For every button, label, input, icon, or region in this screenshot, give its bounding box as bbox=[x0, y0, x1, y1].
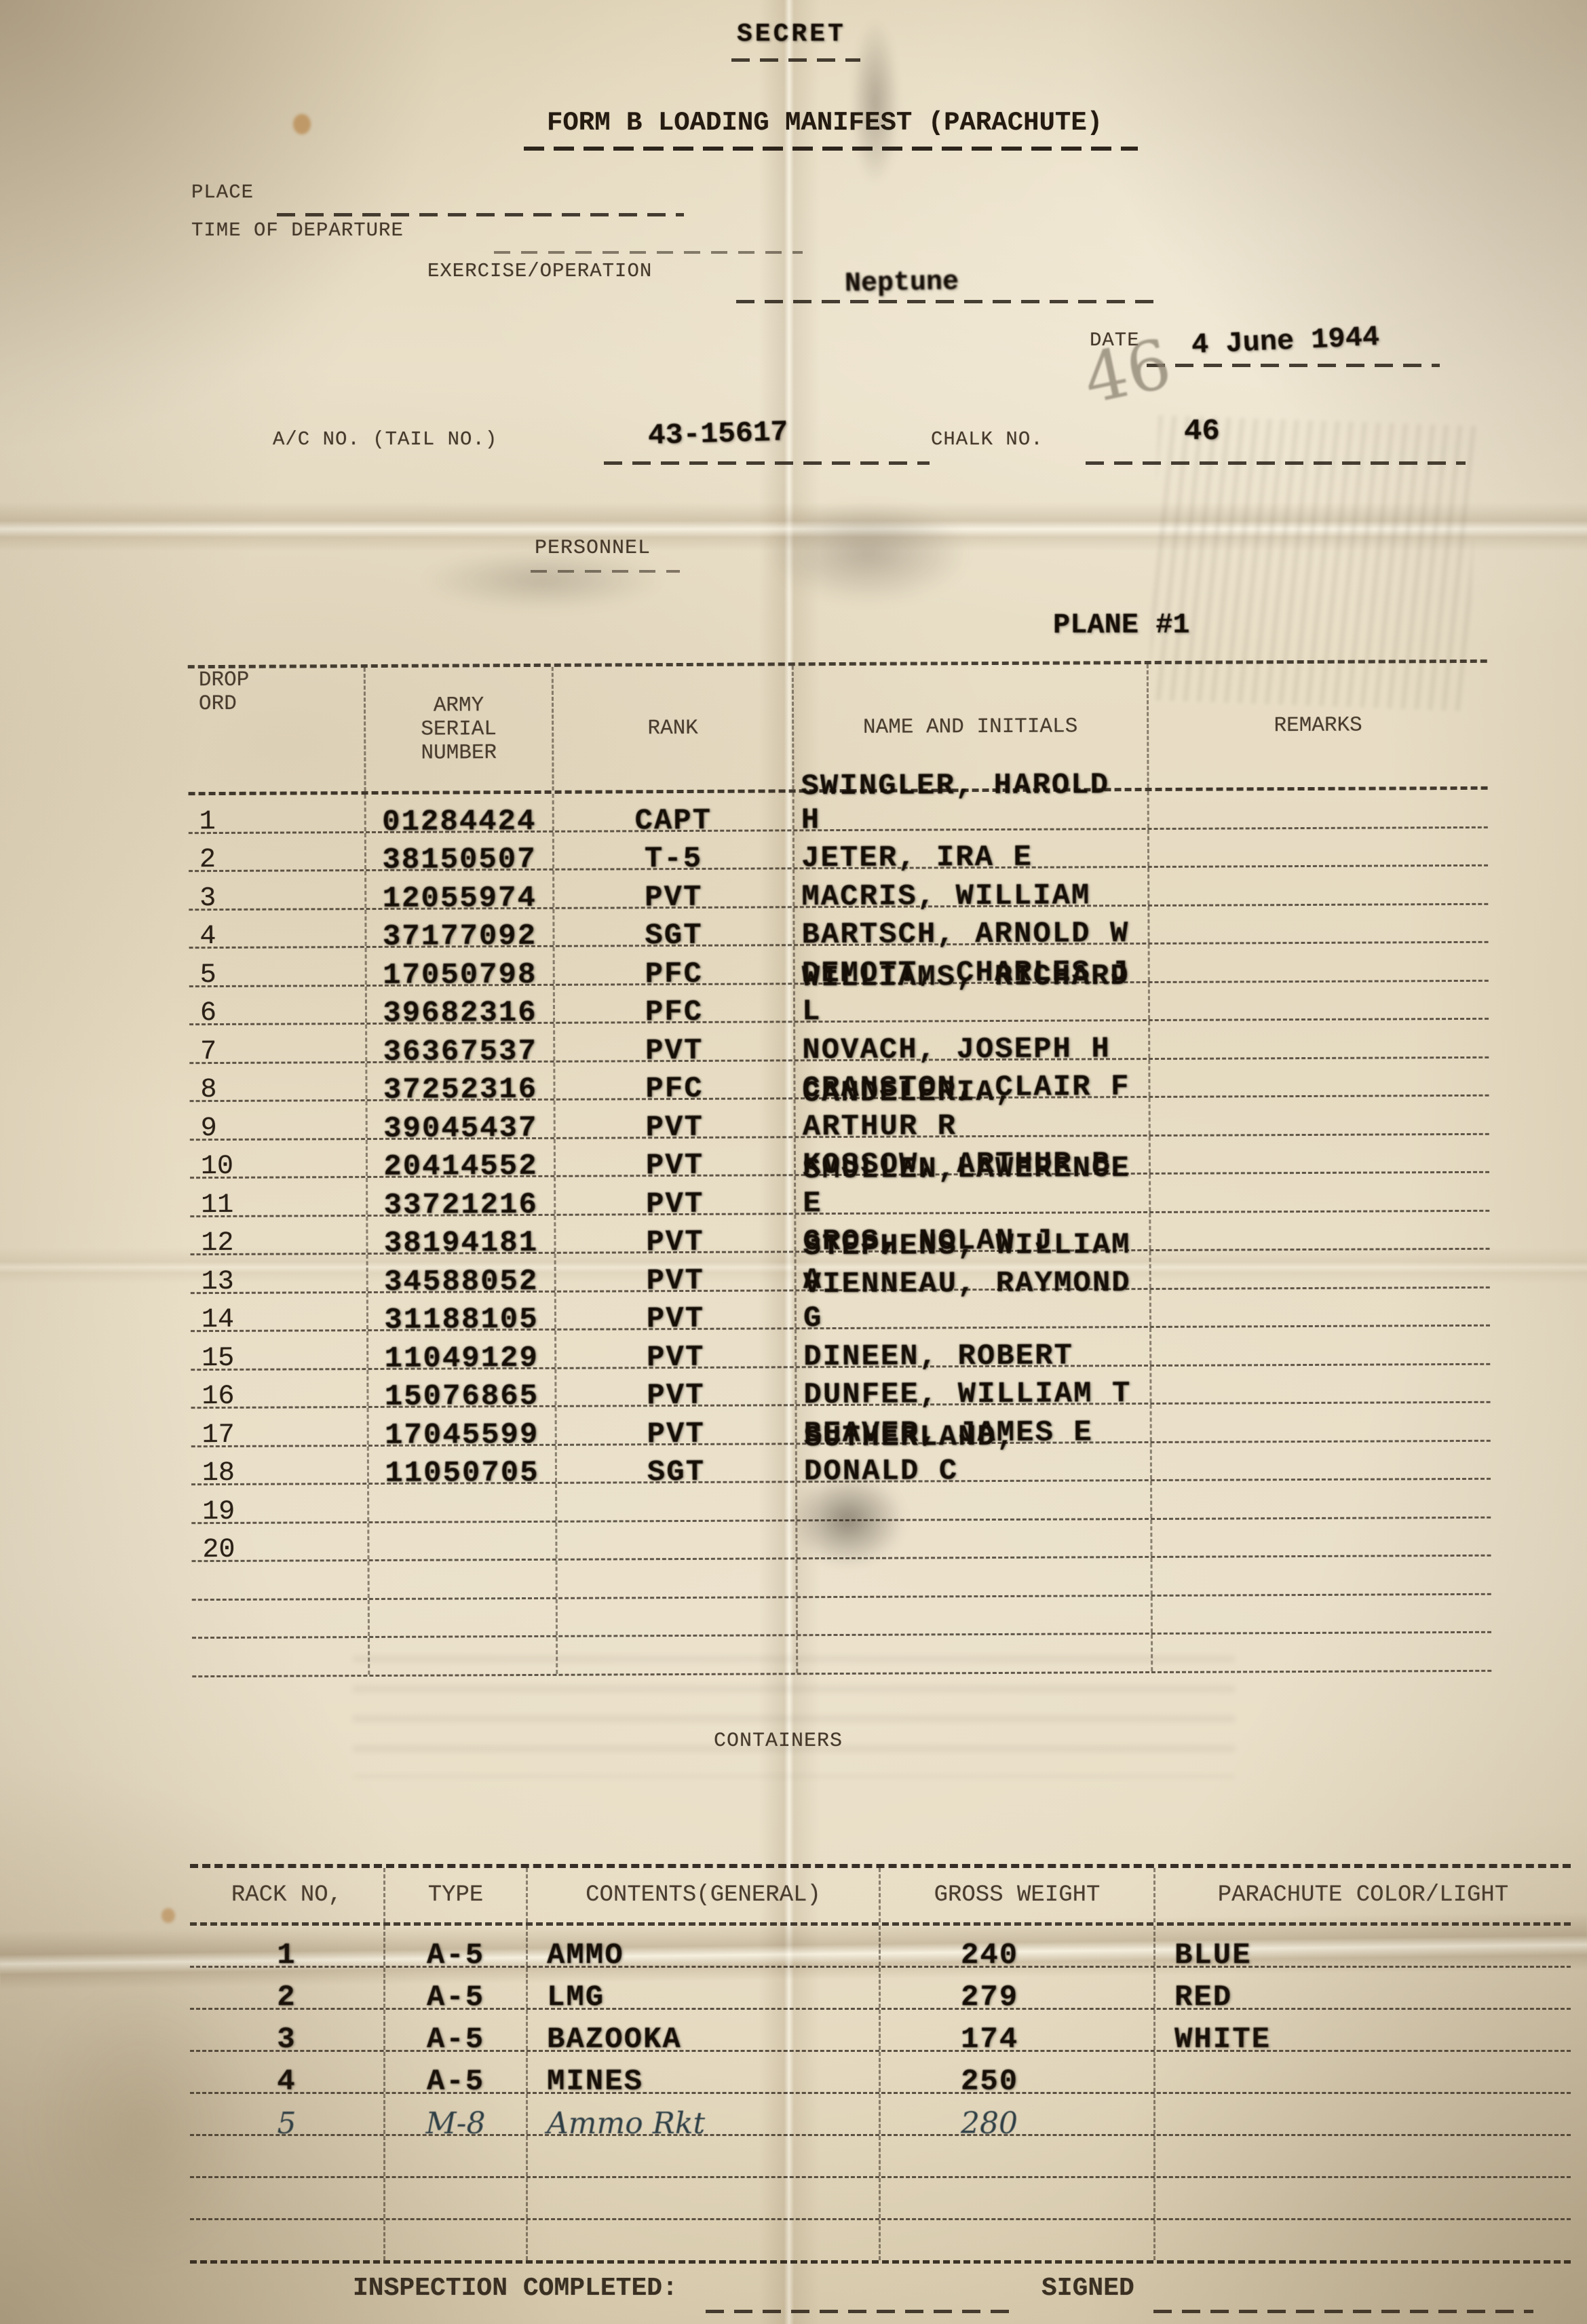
personnel-table-row: 4 37177092 SGT BARTSCH, ARNOLD W bbox=[189, 904, 1488, 949]
gross-weight-cell bbox=[879, 2220, 1153, 2260]
rack-number-cell bbox=[190, 2178, 383, 2218]
drop-order-cell: 6 bbox=[189, 987, 365, 1024]
drop-order-cell: 8 bbox=[189, 1063, 365, 1101]
remarks-cell bbox=[1147, 866, 1488, 904]
smudge-stain bbox=[852, 20, 899, 183]
personnel-table-row: 11 33721216 PVT SMULLEN,LAWERENCE E bbox=[190, 1173, 1489, 1217]
container-type-cell bbox=[383, 2178, 526, 2218]
serial-number-cell bbox=[367, 1484, 555, 1521]
header-text: NAME AND INITIALS bbox=[863, 715, 1077, 739]
serial-number-cell: 17050798 bbox=[365, 947, 553, 985]
header-text: ORD bbox=[199, 691, 364, 716]
place-label: PLACE bbox=[191, 182, 254, 204]
name-cell: CANDELERIA, ARTHUR R bbox=[794, 1098, 1149, 1136]
personnel-table-row: 14 31188105 PVT VIENNEAU, RAYMOND G bbox=[191, 1288, 1490, 1332]
remarks-cell bbox=[1147, 904, 1488, 942]
name-cell bbox=[795, 1481, 1150, 1519]
containers-table-row: 3 A-5 BAZOOKA 174 WHITE bbox=[190, 2010, 1571, 2052]
personnel-table-row: 2 38150507 T-5 JETER, IRA E bbox=[189, 828, 1488, 872]
containers-header-chute: PARACHUTE COLOR/LIGHT bbox=[1153, 1868, 1571, 1922]
header-text: TYPE bbox=[428, 1882, 484, 1908]
parachute-color-cell bbox=[1153, 2094, 1571, 2134]
personnel-table-row: 6 39682316 PFC WILLIAMS, RICHARD L bbox=[189, 981, 1489, 1025]
containers-header-weight: GROSS WEIGHT bbox=[879, 1868, 1153, 1922]
aircraft-number-label: A/C NO. (TAIL NO.) bbox=[273, 429, 497, 451]
gross-weight-cell: 240 bbox=[879, 1926, 1153, 1966]
drop-order-cell: 3 bbox=[189, 871, 364, 909]
personnel-rows: 1 01284424 CAPT SWINGLER, HAROLD H 2 381… bbox=[189, 790, 1492, 1677]
drop-order-cell: 12 bbox=[190, 1217, 366, 1254]
rank-cell: PFC bbox=[553, 985, 793, 1022]
time-of-departure-label: TIME OF DEPARTURE bbox=[191, 220, 404, 242]
drop-order-cell: 18 bbox=[191, 1447, 367, 1484]
serial-number-cell bbox=[368, 1637, 556, 1675]
personnel-table-row: 1 01284424 CAPT SWINGLER, HAROLD H bbox=[189, 790, 1488, 834]
rank-cell bbox=[556, 1636, 796, 1673]
rank-cell bbox=[556, 1598, 796, 1635]
name-value: WILLIAMS, RICHARD L bbox=[802, 959, 1148, 1029]
containers-section-label: CONTAINERS bbox=[714, 1730, 843, 1753]
inspection-signature-line bbox=[706, 2310, 1018, 2313]
rack-number-cell bbox=[190, 2136, 383, 2176]
parachute-color-cell bbox=[1153, 2136, 1571, 2176]
date-line bbox=[1147, 364, 1440, 367]
signed-label: SIGNED bbox=[1041, 2274, 1134, 2304]
chalk-number-label: CHALK NO. bbox=[931, 429, 1044, 451]
header-text: SERIAL bbox=[421, 717, 497, 741]
remarks-cell bbox=[1149, 1327, 1490, 1365]
drop-order-cell: 7 bbox=[189, 1025, 365, 1062]
personnel-header-drop-ord: DROP ORD bbox=[188, 668, 364, 792]
name-cell: JETER, IRA E bbox=[792, 830, 1147, 868]
personnel-table-row bbox=[192, 1595, 1491, 1639]
personnel-header-remarks: REMARKS bbox=[1147, 663, 1488, 788]
rust-spot bbox=[293, 114, 311, 134]
rank-cell: PFC bbox=[553, 946, 793, 983]
parachute-color-value: WHITE bbox=[1174, 2023, 1271, 2050]
drop-order-value: 2 bbox=[189, 845, 216, 875]
rank-cell: PFC bbox=[553, 1061, 793, 1099]
drop-order-cell: 4 bbox=[189, 910, 364, 947]
drop-order-value: 19 bbox=[191, 1496, 235, 1527]
remarks-cell bbox=[1151, 1557, 1491, 1595]
name-cell: WILLIAMS, RICHARD L bbox=[793, 983, 1148, 1021]
remarks-cell bbox=[1150, 1403, 1491, 1441]
header-text: RANK bbox=[647, 716, 698, 740]
header-text: RACK NO, bbox=[231, 1882, 342, 1908]
personnel-header-rank: RANK bbox=[552, 666, 792, 790]
drop-order-value: 1 bbox=[189, 807, 216, 837]
remarks-cell bbox=[1150, 1518, 1491, 1556]
rack-number-cell bbox=[190, 2220, 383, 2260]
serial-number-cell: 01284424 bbox=[364, 794, 552, 831]
remarks-cell bbox=[1149, 1173, 1489, 1211]
containers-table: RACK NO, TYPE CONTENTS(GENERAL) GROSS WE… bbox=[190, 1864, 1571, 2264]
drop-order-value: 5 bbox=[189, 960, 216, 991]
personnel-table-row: 3 12055974 PVT MACRIS, WILLIAM bbox=[189, 866, 1488, 911]
drop-order-cell: 16 bbox=[191, 1370, 366, 1407]
rank-cell: CAPT bbox=[552, 793, 792, 830]
serial-number-cell: 17045599 bbox=[367, 1407, 555, 1445]
contents-cell: LMG bbox=[526, 1968, 879, 2008]
personnel-section-label: PERSONNEL bbox=[535, 537, 651, 560]
chalk-number-pencil-note: 46 bbox=[1077, 326, 1178, 418]
containers-rows: 1 A-5 AMMO 240 BLUE 2 A-5 LMG 279 RED 3 … bbox=[190, 1926, 1571, 2264]
parachute-color-cell: WHITE bbox=[1153, 2010, 1571, 2050]
drop-order-value: 3 bbox=[189, 883, 216, 914]
personnel-section-underline bbox=[531, 570, 680, 573]
rack-number-cell: 5 bbox=[190, 2094, 383, 2134]
serial-number-cell bbox=[368, 1599, 556, 1636]
drop-order-cell: 20 bbox=[191, 1523, 367, 1561]
personnel-table-row: 15 11049129 PVT DINEEN, ROBERT bbox=[191, 1327, 1490, 1371]
parachute-color-cell: BLUE bbox=[1153, 1926, 1571, 1966]
drop-order-value: 6 bbox=[189, 998, 216, 1029]
drop-order-cell: 2 bbox=[189, 833, 364, 871]
classification-underline bbox=[731, 58, 860, 62]
form-title: FORM B LOADING MANIFEST (PARACHUTE) bbox=[547, 109, 1103, 138]
serial-number-cell: 20414552 bbox=[366, 1139, 554, 1176]
rack-number-cell: 2 bbox=[190, 1968, 383, 2008]
drop-order-value: 20 bbox=[191, 1535, 235, 1565]
remarks-cell bbox=[1148, 943, 1489, 981]
rank-cell: PVT bbox=[554, 1329, 795, 1367]
personnel-table-row bbox=[192, 1633, 1491, 1677]
time-of-departure-line bbox=[494, 251, 803, 254]
rank-cell: PVT bbox=[554, 1215, 794, 1252]
container-type-cell: A-5 bbox=[383, 2052, 526, 2092]
serial-number-cell: 31188105 bbox=[366, 1292, 554, 1329]
aircraft-number-line bbox=[604, 461, 930, 465]
serial-number-cell: 12055974 bbox=[364, 871, 552, 908]
personnel-header-serial: ARMY SERIAL NUMBER bbox=[364, 667, 552, 791]
exercise-operation-label: EXERCISE/OPERATION bbox=[427, 261, 652, 282]
personnel-table-row: 19 bbox=[191, 1480, 1491, 1524]
name-value: SUTHERLAND, DONALD C bbox=[804, 1420, 1150, 1489]
serial-number-cell: 39682316 bbox=[365, 985, 553, 1023]
header-text: CONTENTS(GENERAL) bbox=[586, 1882, 821, 1908]
remarks-cell bbox=[1149, 1288, 1490, 1326]
gross-weight-cell: 279 bbox=[879, 1968, 1153, 2008]
containers-table-row: 5 M-8 Ammo Rkt 280 bbox=[190, 2094, 1571, 2136]
name-cell: BARTSCH, ARNOLD W bbox=[792, 907, 1147, 945]
personnel-table-row: 9 39045437 PVT CANDELERIA, ARTHUR R bbox=[190, 1097, 1489, 1141]
name-value: SWINGLER, HAROLD H bbox=[801, 768, 1147, 837]
remarks-cell bbox=[1149, 1211, 1489, 1249]
serial-number-cell: 34588052 bbox=[366, 1254, 554, 1291]
scanned-manifest-page: SECRET FORM B LOADING MANIFEST (PARACHUT… bbox=[0, 0, 1587, 2324]
personnel-table-row: 18 11050705 SGT SUTHERLAND, DONALD C bbox=[191, 1441, 1491, 1485]
date-value: 4 June 1944 bbox=[1191, 322, 1380, 362]
horizontal-fold-crease-top bbox=[0, 502, 1587, 551]
rank-cell: SGT bbox=[555, 1445, 795, 1482]
containers-header-rack: RACK NO, bbox=[190, 1868, 383, 1922]
serial-number-cell: 38194181 bbox=[366, 1215, 554, 1253]
rank-cell: PVT bbox=[554, 1368, 795, 1405]
rank-cell: SGT bbox=[552, 908, 792, 945]
name-cell: DUNFEE, WILLIAM T bbox=[795, 1367, 1149, 1405]
rank-cell: PVT bbox=[553, 1023, 793, 1060]
personnel-table-row: 20 bbox=[191, 1518, 1491, 1562]
header-text: DROP bbox=[199, 668, 364, 692]
header-text: ARMY bbox=[434, 693, 484, 717]
name-value: SMULLEN,LAWERENCE E bbox=[803, 1151, 1149, 1221]
remarks-cell bbox=[1151, 1633, 1491, 1671]
name-cell: SWINGLER, HAROLD H bbox=[792, 791, 1147, 829]
contents-cell: MINES bbox=[526, 2052, 879, 2092]
drop-order-cell: 17 bbox=[191, 1408, 367, 1445]
drop-order-value: 12 bbox=[190, 1228, 233, 1259]
drop-order-value: 16 bbox=[191, 1382, 234, 1412]
serial-number-cell: 37177092 bbox=[364, 909, 552, 946]
name-cell bbox=[796, 1558, 1151, 1596]
container-type-cell: A-5 bbox=[383, 1926, 526, 1966]
containers-table-row: 1 A-5 AMMO 240 BLUE bbox=[190, 1926, 1571, 1968]
contents-cell bbox=[526, 2220, 879, 2260]
chalk-number-value: 46 bbox=[1184, 415, 1220, 449]
remarks-cell bbox=[1149, 1135, 1489, 1173]
containers-table-row bbox=[190, 2220, 1571, 2264]
drop-order-value: 13 bbox=[191, 1266, 234, 1297]
drop-order-cell: 15 bbox=[191, 1331, 366, 1369]
rack-number-cell: 3 bbox=[190, 2010, 383, 2050]
chalk-number-line bbox=[1086, 461, 1466, 465]
containers-header-contents: CONTENTS(GENERAL) bbox=[526, 1868, 879, 1922]
header-text: NUMBER bbox=[421, 741, 497, 765]
serial-number-cell: 11049129 bbox=[366, 1331, 554, 1368]
serial-number-cell: 11050705 bbox=[367, 1445, 555, 1483]
rank-cell: PVT bbox=[554, 1099, 794, 1137]
gross-weight-cell: 250 bbox=[879, 2052, 1153, 2092]
contents-cell: BAZOOKA bbox=[526, 2010, 879, 2050]
personnel-table-row: 7 36367537 PVT NOVACH, JOSEPH H bbox=[189, 1020, 1489, 1064]
drop-order-cell: 11 bbox=[190, 1178, 366, 1215]
serial-number-cell: 36367537 bbox=[365, 1024, 553, 1061]
personnel-table-row bbox=[192, 1557, 1491, 1601]
rack-number-cell: 1 bbox=[190, 1926, 383, 1966]
remarks-cell bbox=[1149, 1250, 1490, 1288]
serial-number-cell bbox=[367, 1522, 555, 1559]
serial-number-cell: 33721216 bbox=[366, 1177, 554, 1215]
gross-weight-cell: 280 bbox=[879, 2094, 1153, 2134]
parachute-color-cell bbox=[1153, 2052, 1571, 2092]
remarks-cell bbox=[1148, 1020, 1489, 1058]
serial-number-cell: 38150507 bbox=[364, 832, 552, 869]
name-cell bbox=[796, 1597, 1151, 1635]
drop-order-value: 11 bbox=[190, 1189, 233, 1220]
rank-cell bbox=[555, 1521, 795, 1559]
drop-order-value: 14 bbox=[191, 1305, 234, 1335]
remarks-cell bbox=[1150, 1480, 1491, 1518]
container-type-cell: M-8 bbox=[383, 2094, 526, 2134]
plane-number-label: PLANE #1 bbox=[1053, 609, 1190, 641]
containers-table-row bbox=[190, 2136, 1571, 2178]
aircraft-number-value: 43-15617 bbox=[647, 416, 788, 453]
name-cell: NOVACH, JOSEPH H bbox=[793, 1021, 1148, 1059]
name-cell: SMULLEN,LAWERENCE E bbox=[794, 1175, 1149, 1213]
place-line bbox=[277, 213, 684, 216]
drop-order-value: 10 bbox=[190, 1151, 233, 1182]
gross-weight-cell bbox=[879, 2136, 1153, 2176]
name-value: CANDELERIA, ARTHUR R bbox=[802, 1075, 1148, 1144]
drop-order-value: 15 bbox=[191, 1343, 234, 1373]
container-type-cell bbox=[383, 2220, 526, 2260]
parachute-color-cell bbox=[1153, 2178, 1571, 2218]
container-type-cell: A-5 bbox=[383, 1968, 526, 2008]
rank-cell bbox=[555, 1483, 795, 1520]
drop-order-cell: 13 bbox=[191, 1255, 366, 1292]
header-text: PARACHUTE COLOR/LIGHT bbox=[1218, 1882, 1508, 1908]
remarks-cell bbox=[1147, 790, 1488, 828]
name-cell: VIENNEAU, RAYMOND G bbox=[795, 1290, 1149, 1328]
contents-cell bbox=[526, 2178, 879, 2218]
header-text: GROSS WEIGHT bbox=[934, 1882, 1101, 1908]
header-text: REMARKS bbox=[1274, 713, 1362, 738]
exercise-operation-line bbox=[736, 300, 1155, 303]
rank-cell: PVT bbox=[554, 1138, 794, 1175]
drop-order-value: 17 bbox=[191, 1420, 235, 1450]
rank-cell: PVT bbox=[552, 869, 792, 907]
smudge-stain bbox=[767, 502, 970, 604]
remarks-cell bbox=[1148, 981, 1489, 1019]
drop-order-cell bbox=[192, 1600, 368, 1637]
gross-weight-cell bbox=[879, 2178, 1153, 2218]
parachute-color-value: BLUE bbox=[1174, 1939, 1252, 1966]
containers-table-row bbox=[190, 2178, 1571, 2220]
rank-cell: PVT bbox=[554, 1253, 795, 1290]
classification-banner: SECRET bbox=[737, 20, 846, 50]
remarks-cell bbox=[1148, 1058, 1489, 1096]
name-cell: DINEEN, ROBERT bbox=[795, 1328, 1149, 1366]
name-cell: MACRIS, WILLIAM bbox=[792, 868, 1147, 906]
contents-cell: AMMO bbox=[526, 1926, 879, 1966]
remarks-cell bbox=[1147, 828, 1488, 866]
drop-order-value: 7 bbox=[189, 1037, 216, 1067]
remarks-cell bbox=[1150, 1441, 1491, 1479]
personnel-table-row: 16 15076865 PVT DUNFEE, WILLIAM T bbox=[191, 1365, 1490, 1409]
drop-order-cell: 14 bbox=[191, 1293, 366, 1331]
personnel-table: DROP ORD ARMY SERIAL NUMBER RANK NAME AN… bbox=[188, 660, 1491, 1677]
parachute-color-cell: RED bbox=[1153, 1968, 1571, 2008]
remarks-cell bbox=[1151, 1595, 1491, 1633]
serial-number-cell: 37252316 bbox=[365, 1062, 553, 1099]
exercise-operation-value: Neptune bbox=[845, 268, 959, 301]
drop-order-cell: 19 bbox=[191, 1485, 367, 1522]
container-type-cell bbox=[383, 2136, 526, 2176]
drop-order-cell: 10 bbox=[190, 1140, 366, 1177]
signed-signature-line bbox=[1153, 2310, 1533, 2313]
serial-number-cell: 39045437 bbox=[366, 1101, 554, 1138]
serial-number-cell bbox=[368, 1561, 556, 1598]
containers-header-row: RACK NO, TYPE CONTENTS(GENERAL) GROSS WE… bbox=[190, 1868, 1571, 1926]
rank-cell: PVT bbox=[555, 1406, 795, 1443]
drop-order-value: 18 bbox=[191, 1458, 235, 1489]
name-cell bbox=[795, 1520, 1150, 1558]
name-cell: SUTHERLAND, DONALD C bbox=[795, 1443, 1150, 1481]
rust-spot bbox=[161, 1908, 175, 1923]
parachute-color-value: RED bbox=[1174, 1981, 1232, 2008]
rank-cell: PVT bbox=[554, 1291, 795, 1329]
containers-table-row: 2 A-5 LMG 279 RED bbox=[190, 1968, 1571, 2010]
rank-cell bbox=[556, 1559, 796, 1597]
drop-order-value: 9 bbox=[190, 1113, 217, 1144]
contents-cell bbox=[526, 2136, 879, 2176]
drop-order-cell bbox=[192, 1561, 368, 1599]
containers-header-type: TYPE bbox=[383, 1868, 526, 1922]
drop-order-cell: 5 bbox=[189, 948, 365, 985]
serial-number-cell: 15076865 bbox=[366, 1369, 554, 1406]
rank-cell: T-5 bbox=[552, 831, 792, 869]
drop-order-value: 4 bbox=[189, 921, 216, 952]
containers-table-row: 4 A-5 MINES 250 bbox=[190, 2052, 1571, 2094]
inspection-completed-label: INSPECTION COMPLETED: bbox=[353, 2274, 678, 2304]
drop-order-cell: 1 bbox=[189, 795, 364, 832]
drop-order-cell bbox=[192, 1638, 368, 1675]
name-cell bbox=[796, 1635, 1151, 1673]
remarks-cell bbox=[1149, 1365, 1490, 1403]
rank-cell: PVT bbox=[554, 1176, 794, 1213]
rack-number-cell: 4 bbox=[190, 2052, 383, 2092]
drop-order-cell: 9 bbox=[190, 1101, 366, 1139]
form-title-underline bbox=[524, 147, 1138, 151]
gross-weight-cell: 174 bbox=[879, 2010, 1153, 2050]
drop-order-value: 8 bbox=[189, 1075, 216, 1105]
contents-cell: Ammo Rkt bbox=[526, 2094, 879, 2134]
name-value: VIENNEAU, RAYMOND G bbox=[803, 1266, 1149, 1335]
parachute-color-cell bbox=[1153, 2220, 1571, 2260]
remarks-cell bbox=[1149, 1097, 1489, 1135]
container-type-cell: A-5 bbox=[383, 2010, 526, 2050]
